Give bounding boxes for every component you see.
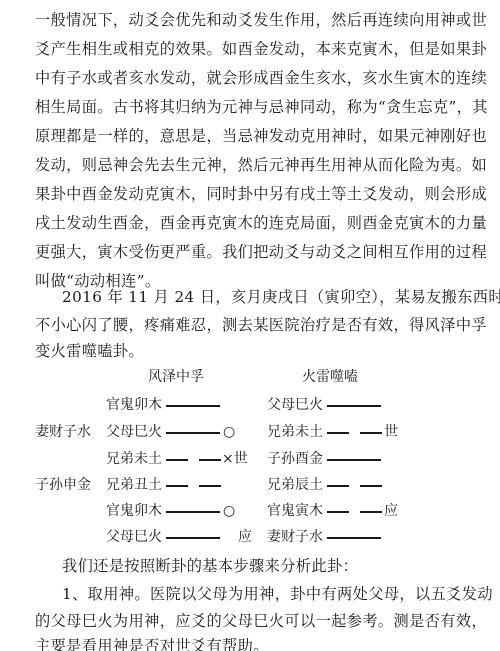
right-yao-label: 兄弟辰土 bbox=[267, 476, 323, 494]
analysis-intro: 我们还是按照断卦的基本步骤来分析此卦： bbox=[62, 556, 453, 576]
yin-line-left bbox=[166, 485, 188, 487]
changed-hexagram-title: 火雷噬嗑 bbox=[302, 368, 358, 386]
text-line: 2016 年 11 月 24 日，亥月庚戌日（寅卯空），某易友搬东西时 bbox=[62, 287, 453, 307]
text-line: 相生局面。古书将其归纳为元神与忌神同动，称为“贪生忘克”，其 bbox=[35, 97, 453, 117]
left-yao-label: 父母巳火 bbox=[106, 423, 162, 441]
shi-mark: 世 bbox=[384, 423, 398, 441]
yang-line bbox=[327, 537, 381, 539]
text-line: 果卦中酉金发动克寅木，同时卦中另有戌土等土爻发动，则会形成 bbox=[35, 184, 453, 204]
right-yao-label: 妻财子水 bbox=[267, 528, 323, 546]
yao-row-5: 妻财子水 父母巳火 ○ 兄弟未土 世 bbox=[0, 423, 500, 441]
yin-line-left bbox=[327, 485, 349, 487]
yao-row-1: 父母巳火 应 妻财子水 bbox=[0, 528, 500, 546]
yang-line bbox=[166, 432, 220, 434]
text-line: 变火雷噬嗑卦。 bbox=[35, 341, 453, 361]
text-line: 原理都是一样的，意思是，当忌神发动克用神时，如果元神刚好也 bbox=[35, 126, 453, 146]
yin-line-right bbox=[199, 485, 221, 487]
yang-line bbox=[166, 511, 220, 513]
text-line: 一般情况下，动爻会优先和动爻发生作用，然后再连续向用神或世 bbox=[35, 10, 453, 30]
hidden-god: 子孙申金 bbox=[35, 476, 91, 494]
text-line: 戌土发动生酉金，酉金再克寅木的连克局面，则酉金克寅木的力量 bbox=[35, 213, 453, 233]
yin-line-left bbox=[327, 511, 349, 513]
left-yao-label: 兄弟未土 bbox=[106, 450, 162, 468]
yang-line bbox=[166, 537, 220, 539]
yin-line-left bbox=[327, 432, 349, 434]
original-hexagram-title: 风泽中孚 bbox=[148, 368, 204, 386]
yang-line bbox=[166, 405, 220, 407]
text-line: 中有子水或者亥水发动，就会形成酉金生亥水，亥水生寅木的连续 bbox=[35, 68, 453, 88]
yao-row-3: 子孙申金 兄弟丑土 兄弟辰土 bbox=[0, 476, 500, 494]
moving-yao-circle-mark: ○ bbox=[223, 502, 235, 520]
yin-line-right bbox=[360, 485, 382, 487]
moving-yao-cross-shi-mark: ×世 bbox=[222, 450, 248, 468]
moving-yao-circle-mark: ○ bbox=[223, 423, 235, 441]
yao-row-4: 兄弟未土 ×世 子孙酉金 bbox=[0, 450, 500, 468]
left-yao-label: 官鬼卯木 bbox=[106, 502, 162, 520]
left-yao-label: 官鬼卯木 bbox=[106, 396, 162, 414]
yin-line-right bbox=[360, 511, 382, 513]
ying-mark: 应 bbox=[238, 528, 252, 546]
hidden-god: 妻财子水 bbox=[35, 423, 91, 441]
ying-mark: 应 bbox=[384, 502, 398, 520]
right-yao-label: 子孙酉金 bbox=[267, 450, 323, 468]
right-yao-label: 父母巳火 bbox=[267, 396, 323, 414]
text-line: 的父母巳火为用神，应爻的父母巳火可以一起参考。测是否有效， bbox=[35, 611, 453, 631]
right-yao-label: 官鬼寅木 bbox=[267, 502, 323, 520]
left-yao-label: 父母巳火 bbox=[106, 528, 162, 546]
yao-row-2: 官鬼卯木 ○ 官鬼寅木 应 bbox=[0, 502, 500, 520]
text-line: 不小心闪了腰，疼痛难忍，测去某医院治疗是否有效，得风泽中孚 bbox=[35, 315, 453, 335]
text-line: 主要是看用神是否对世爻有帮助。 bbox=[35, 636, 453, 651]
text-line: 更强大，寅木受伤更严重。我们把动爻与动爻之间相互作用的过程 bbox=[35, 242, 453, 262]
yao-row-6: 官鬼卯木 父母巳火 bbox=[0, 396, 500, 414]
yin-line-right bbox=[360, 432, 382, 434]
yang-line bbox=[327, 459, 381, 461]
left-yao-label: 兄弟丑土 bbox=[106, 476, 162, 494]
yin-line-left bbox=[166, 459, 188, 461]
text-line: 发动，则忌神会先去生元神，然后元神再生用神从而化险为夷。如 bbox=[35, 155, 453, 175]
text-line: 爻产生相生或相克的效果。如酉金发动，本来克寅木，但是如果卦 bbox=[35, 39, 453, 59]
right-yao-label: 兄弟未土 bbox=[267, 423, 323, 441]
yang-line bbox=[327, 405, 381, 407]
yin-line-right bbox=[199, 459, 221, 461]
text-line: 1、取用神。医院以父母为用神，卦中有两处父母，以五爻发动 bbox=[62, 584, 453, 604]
